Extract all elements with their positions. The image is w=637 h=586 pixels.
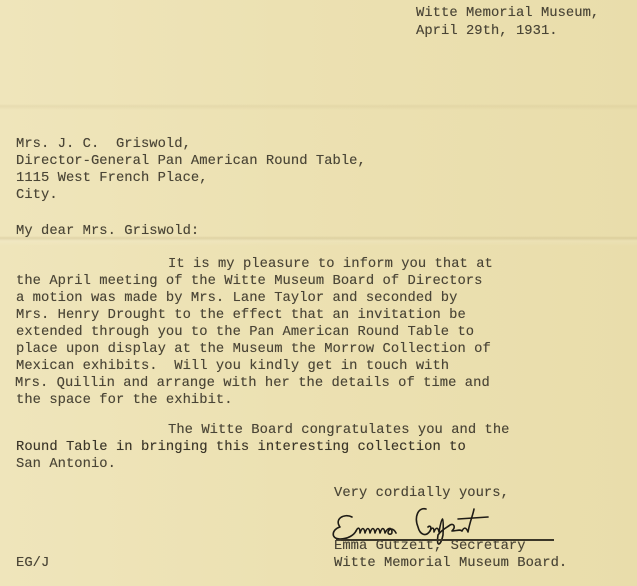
- closing: Very cordially yours,: [334, 486, 509, 502]
- body-p2-line: The Witte Board congratulates you and th…: [168, 423, 510, 439]
- heading-date: April 29th, 1931.: [416, 24, 558, 40]
- recipient-city: City.: [16, 188, 58, 204]
- body-p1-line: a motion was made by Mrs. Lane Taylor an…: [16, 291, 457, 307]
- body-p1-line: extended through you to the Pan American…: [16, 325, 474, 341]
- body-p1-line: place upon display at the Museum the Mor…: [16, 342, 491, 358]
- signer-organization: Witte Memorial Museum Board.: [334, 556, 567, 572]
- body-p2-line: Round Table in bringing this interesting…: [16, 440, 466, 456]
- recipient-title: Director-General Pan American Round Tabl…: [16, 154, 366, 170]
- salutation: My dear Mrs. Griswold:: [16, 224, 199, 240]
- body-p2-line: San Antonio.: [16, 457, 116, 473]
- recipient-name: Mrs. J. C. Griswold,: [16, 137, 191, 153]
- heading-organization: Witte Memorial Museum,: [416, 6, 599, 22]
- recipient-street: 1115 West French Place,: [16, 171, 208, 187]
- body-p1-line: Mrs. Henry Drought to the effect that an…: [16, 308, 466, 324]
- body-p1-line: the space for the exhibit.: [16, 393, 233, 409]
- body-p1-line: Mexican exhibits. Will you kindly get in…: [16, 359, 449, 375]
- body-p1-line: Mrs. Quillin and arrange with her the de…: [15, 376, 490, 392]
- signer-name-title: Emma Gutzeit, Secretary: [334, 539, 526, 555]
- body-p1-line: the April meeting of the Witte Museum Bo…: [16, 274, 482, 290]
- body-p1-line: It is my pleasure to inform you that at: [168, 257, 493, 273]
- reference-initials: EG/J: [16, 556, 49, 572]
